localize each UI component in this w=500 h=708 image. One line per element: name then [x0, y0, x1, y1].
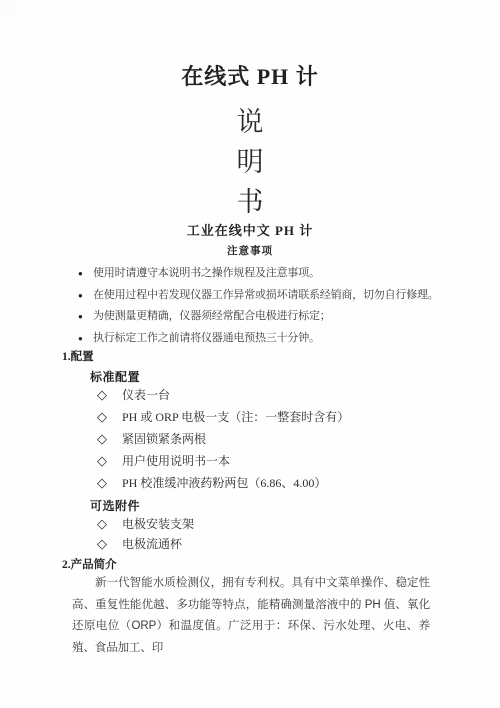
section-heading-intro: 2.产品简介 [62, 557, 500, 573]
diamond-icon: ◇ [97, 410, 122, 424]
notice-item: ● 执行标定工作之前请将仪器通电预热三十分钟。 [78, 328, 460, 350]
notice-item: ● 为使测量更精确，仪器须经常配合电极进行标定； [78, 306, 460, 328]
vertical-title-char: 书 [0, 182, 500, 222]
document-subtitle: 工业在线中文 PH 计 [0, 222, 500, 240]
config-item-text: PH 或 ORP 电极一支（注：一整套时含有） [122, 410, 349, 424]
manual-page: 在线式 PH 计 说 明 书 工业在线中文 PH 计 注意事项 ● 使用时请遵守… [0, 0, 500, 708]
config-item: ◇ 用户使用说明书一本 [97, 454, 460, 468]
standard-config-list: ◇ 仪表一台 ◇ PH 或 ORP 电极一支（注：一整套时含有） ◇ 紧固锁紧条… [0, 388, 500, 490]
config-item-text: 仪表一台 [122, 388, 170, 402]
standard-config-label: 标准配置 [90, 369, 500, 385]
optional-accessories-label: 可选附件 [90, 498, 500, 514]
diamond-icon: ◇ [97, 537, 122, 551]
config-item: ◇ 仪表一台 [97, 388, 460, 402]
config-item-text: 用户使用说明书一本 [122, 454, 230, 468]
bullet-icon: ● [78, 263, 93, 285]
config-item: ◇ PH 或 ORP 电极一支（注：一整套时含有） [97, 410, 460, 424]
config-item: ◇ PH 校准缓冲液药粉两包（6.86、4.00） [97, 476, 460, 490]
config-item: ◇ 电极流通杯 [97, 537, 460, 551]
vertical-title-char: 说 [0, 102, 500, 142]
notice-heading: 注意事项 [0, 244, 500, 260]
notice-item: ● 在使用过程中若发现仪器工作异常或损坏请联系经销商，切勿自行修理。 [78, 285, 460, 307]
diamond-icon: ◇ [97, 517, 122, 531]
notice-list: ● 使用时请遵守本说明书之操作规程及注意事项。 ● 在使用过程中若发现仪器工作异… [0, 263, 500, 349]
bullet-icon: ● [78, 306, 93, 328]
config-item: ◇ 电极安装支架 [97, 517, 460, 531]
product-intro-paragraph: 新一代智能水质检测仪，拥有专利权。具有中文菜单操作、稳定性高、重复性能优越、多功… [72, 573, 430, 659]
diamond-icon: ◇ [97, 432, 122, 446]
diamond-icon: ◇ [97, 476, 122, 490]
config-item-text: 紧固锁紧条两根 [122, 432, 206, 446]
diamond-icon: ◇ [97, 388, 122, 402]
config-item-text: 电极流通杯 [122, 537, 182, 551]
document-title: 在线式 PH 计 [0, 60, 500, 94]
vertical-title: 说 明 书 [0, 102, 500, 222]
bullet-icon: ● [78, 285, 93, 307]
diamond-icon: ◇ [97, 454, 122, 468]
notice-item-text: 为使测量更精确，仪器须经常配合电极进行标定； [93, 306, 331, 328]
config-item-text: 电极安装支架 [122, 517, 194, 531]
notice-item: ● 使用时请遵守本说明书之操作规程及注意事项。 [78, 263, 460, 285]
section-heading-config: 1.配置 [62, 349, 500, 365]
optional-accessories-list: ◇ 电极安装支架 ◇ 电极流通杯 [0, 517, 500, 551]
config-item-text: PH 校准缓冲液药粉两包（6.86、4.00） [122, 476, 326, 490]
notice-item-text: 使用时请遵守本说明书之操作规程及注意事项。 [93, 263, 320, 285]
bullet-icon: ● [78, 328, 93, 350]
notice-item-text: 执行标定工作之前请将仪器通电预热三十分钟。 [93, 328, 320, 350]
config-item: ◇ 紧固锁紧条两根 [97, 432, 460, 446]
vertical-title-char: 明 [0, 142, 500, 182]
notice-item-text: 在使用过程中若发现仪器工作异常或损坏请联系经销商，切勿自行修理。 [93, 285, 439, 307]
scan-artifact [0, 0, 15, 15]
